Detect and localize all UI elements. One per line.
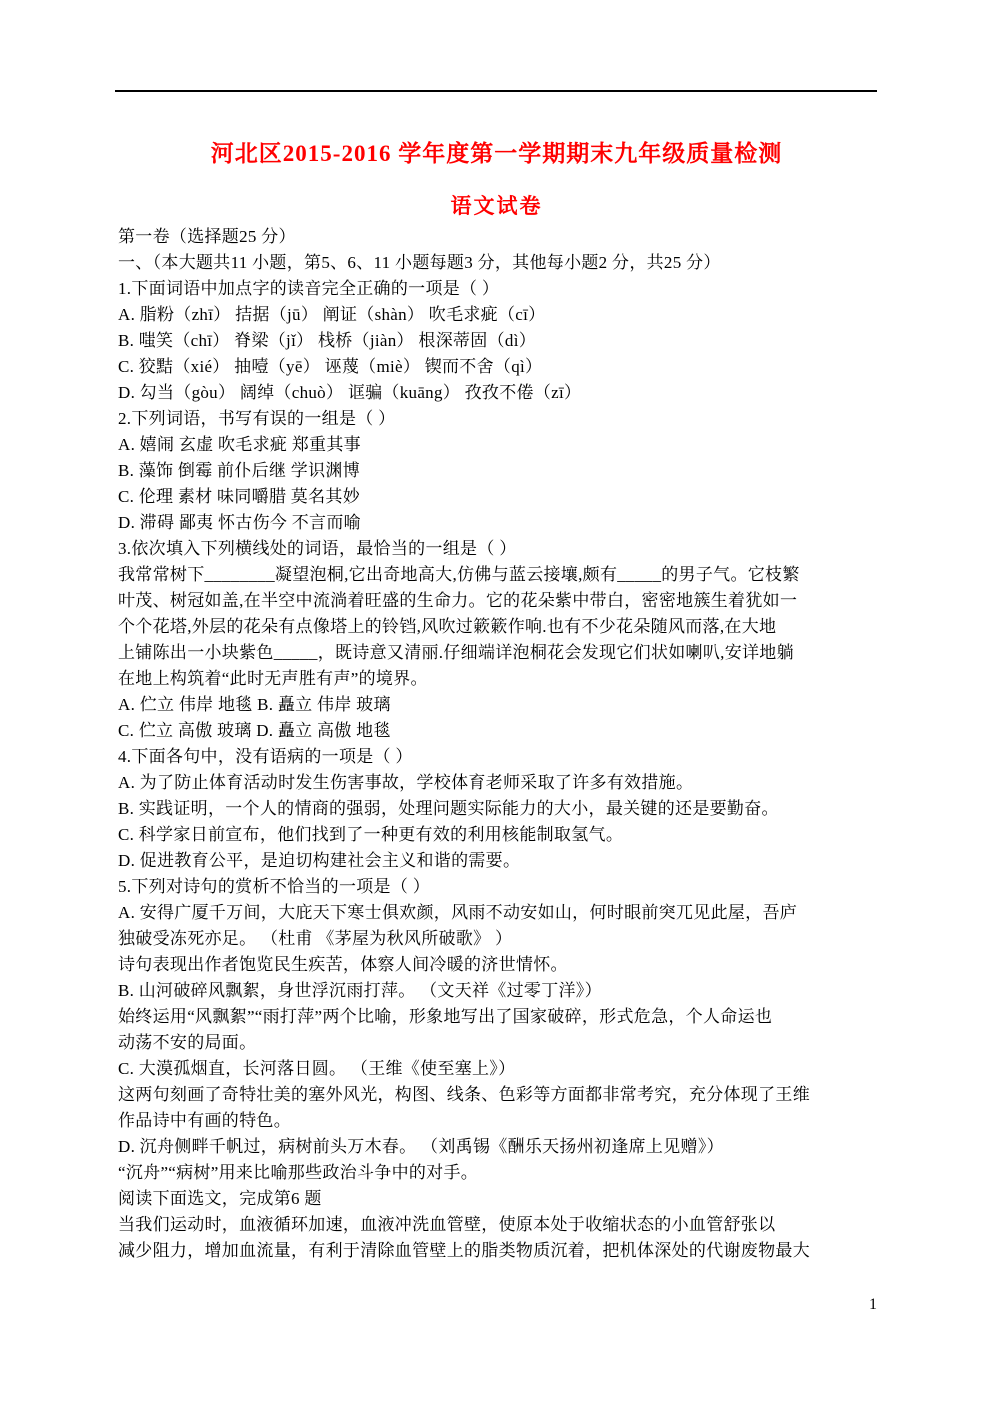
text-line: 2.下列词语，书写有误的一组是（ ） xyxy=(118,406,888,432)
text-line: B. 藻饰 倒霉 前仆后继 学识渊博 xyxy=(118,458,888,484)
text-line: 一、（本大题共11 小题，第5、6、11 小题每题3 分，其他每小题2 分，共2… xyxy=(118,250,888,276)
document-title: 河北区2015-2016 学年度第一学期期末九年级质量检测 xyxy=(0,135,993,168)
text-line: 叶茂、树冠如盖,在半空中流淌着旺盛的生命力。它的花朵紫中带白，密密地簇生着犹如一 xyxy=(118,588,888,614)
text-line: B. 嗤笑（chī） 脊梁（jǐ） 栈桥（jiàn） 根深蒂固（dì） xyxy=(118,328,888,354)
document-body: 第一卷（选择题25 分）一、（本大题共11 小题，第5、6、11 小题每题3 分… xyxy=(118,224,888,1264)
text-line: 在地上构筑着“此时无声胜有声”的境界。 xyxy=(118,666,888,692)
text-line: A. 为了防止体育活动时发生伤害事故，学校体育老师采取了许多有效措施。 xyxy=(118,770,888,796)
text-line: 3.依次填入下列横线处的词语，最恰当的一组是（ ） xyxy=(118,536,888,562)
text-line: D. 促进教育公平，是迫切构建社会主义和谐的需要。 xyxy=(118,848,888,874)
text-line: 5.下列对诗句的赏析不恰当的一项是（ ） xyxy=(118,874,888,900)
text-line: “沉舟”“病树”用来比喻那些政治斗争中的对手。 xyxy=(118,1160,888,1186)
text-line: 4.下面各句中，没有语病的一项是（ ） xyxy=(118,744,888,770)
text-line: A. 安得广厦千万间，大庇天下寒士俱欢颜，风雨不动安如山，何时眼前突兀见此屋，吾… xyxy=(118,900,888,926)
text-line: 上铺陈出一小块紫色_____，既诗意又清丽.仔细端详泡桐花会发现它们状如喇叭,安… xyxy=(118,640,888,666)
page-number: 1 xyxy=(858,1296,888,1314)
text-line: B. 实践证明，一个人的情商的强弱，处理问题实际能力的大小，最关键的还是要勤奋。 xyxy=(118,796,888,822)
text-line: D. 沉舟侧畔千帆过，病树前头万木春。 （刘禹锡《酬乐天扬州初逢席上见赠》） xyxy=(118,1134,888,1160)
text-line: 减少阻力，增加血流量，有利于清除血管壁上的脂类物质沉着，把机体深处的代谢废物最大 xyxy=(118,1238,888,1264)
text-line: 1.下面词语中加点字的读音完全正确的一项是（ ） xyxy=(118,276,888,302)
header-divider-line xyxy=(115,90,877,92)
text-line: C. 大漠孤烟直，长河落日圆。 （王维《使至塞上》） xyxy=(118,1056,888,1082)
text-line: A. 脂粉（zhī） 拮据（jū） 阐证（shàn） 吹毛求疵（cī） xyxy=(118,302,888,328)
text-line: 阅读下面选文，完成第6 题 xyxy=(118,1186,888,1212)
text-line: 作品诗中有画的特色。 xyxy=(118,1108,888,1134)
text-line: 个个花塔,外层的花朵有点像塔上的铃铛,风吹过簌簌作响.也有不少花朵随风而落,在大… xyxy=(118,614,888,640)
text-line: A. 嬉闹 玄虚 吹毛求疵 郑重其事 xyxy=(118,432,888,458)
document-subtitle: 语文试卷 xyxy=(0,190,993,220)
text-line: 这两句刻画了奇特壮美的塞外风光，构图、线条、色彩等方面都非常考究，充分体现了王维 xyxy=(118,1082,888,1108)
document-page: 河北区2015-2016 学年度第一学期期末九年级质量检测 语文试卷 第一卷（选… xyxy=(0,0,993,1404)
text-line: 当我们运动时，血液循环加速，血液冲洗血管壁，使原本处于收缩状态的小血管舒张以 xyxy=(118,1212,888,1238)
text-line: B. 山河破碎风飘絮，身世浮沉雨打萍。 （文天祥《过零丁洋》） xyxy=(118,978,888,1004)
text-line: C. 伦理 素材 味同嚼腊 莫名其妙 xyxy=(118,484,888,510)
text-line: D. 勾当（gòu） 阔绰（chuò） 诓骗（kuāng） 孜孜不倦（zī） xyxy=(118,380,888,406)
text-line: A. 伫立 伟岸 地毯 B. 矗立 伟岸 玻璃 xyxy=(118,692,888,718)
text-line: 第一卷（选择题25 分） xyxy=(118,224,888,250)
text-line: 动荡不安的局面。 xyxy=(118,1030,888,1056)
text-line: 始终运用“风飘絮”“雨打萍”两个比喻，形象地写出了国家破碎，形式危急，个人命运也 xyxy=(118,1004,888,1030)
text-line: 我常常树下________凝望泡桐,它出奇地高大,仿佛与蓝云接壤,颇有_____… xyxy=(118,562,888,588)
text-line: C. 狡黠（xié） 抽噎（yē） 诬蔑（miè） 锲而不舍（qì） xyxy=(118,354,888,380)
text-line: D. 滞碍 鄙夷 怀古伤今 不言而喻 xyxy=(118,510,888,536)
text-line: 独破受冻死亦足。 （杜甫 《茅屋为秋风所破歌》 ） xyxy=(118,926,888,952)
text-line: 诗句表现出作者饱览民生疾苦，体察人间冷暖的济世情怀。 xyxy=(118,952,888,978)
text-line: C. 科学家日前宣布，他们找到了一种更有效的利用核能制取氢气。 xyxy=(118,822,888,848)
text-line: C. 伫立 高傲 玻璃 D. 矗立 高傲 地毯 xyxy=(118,718,888,744)
